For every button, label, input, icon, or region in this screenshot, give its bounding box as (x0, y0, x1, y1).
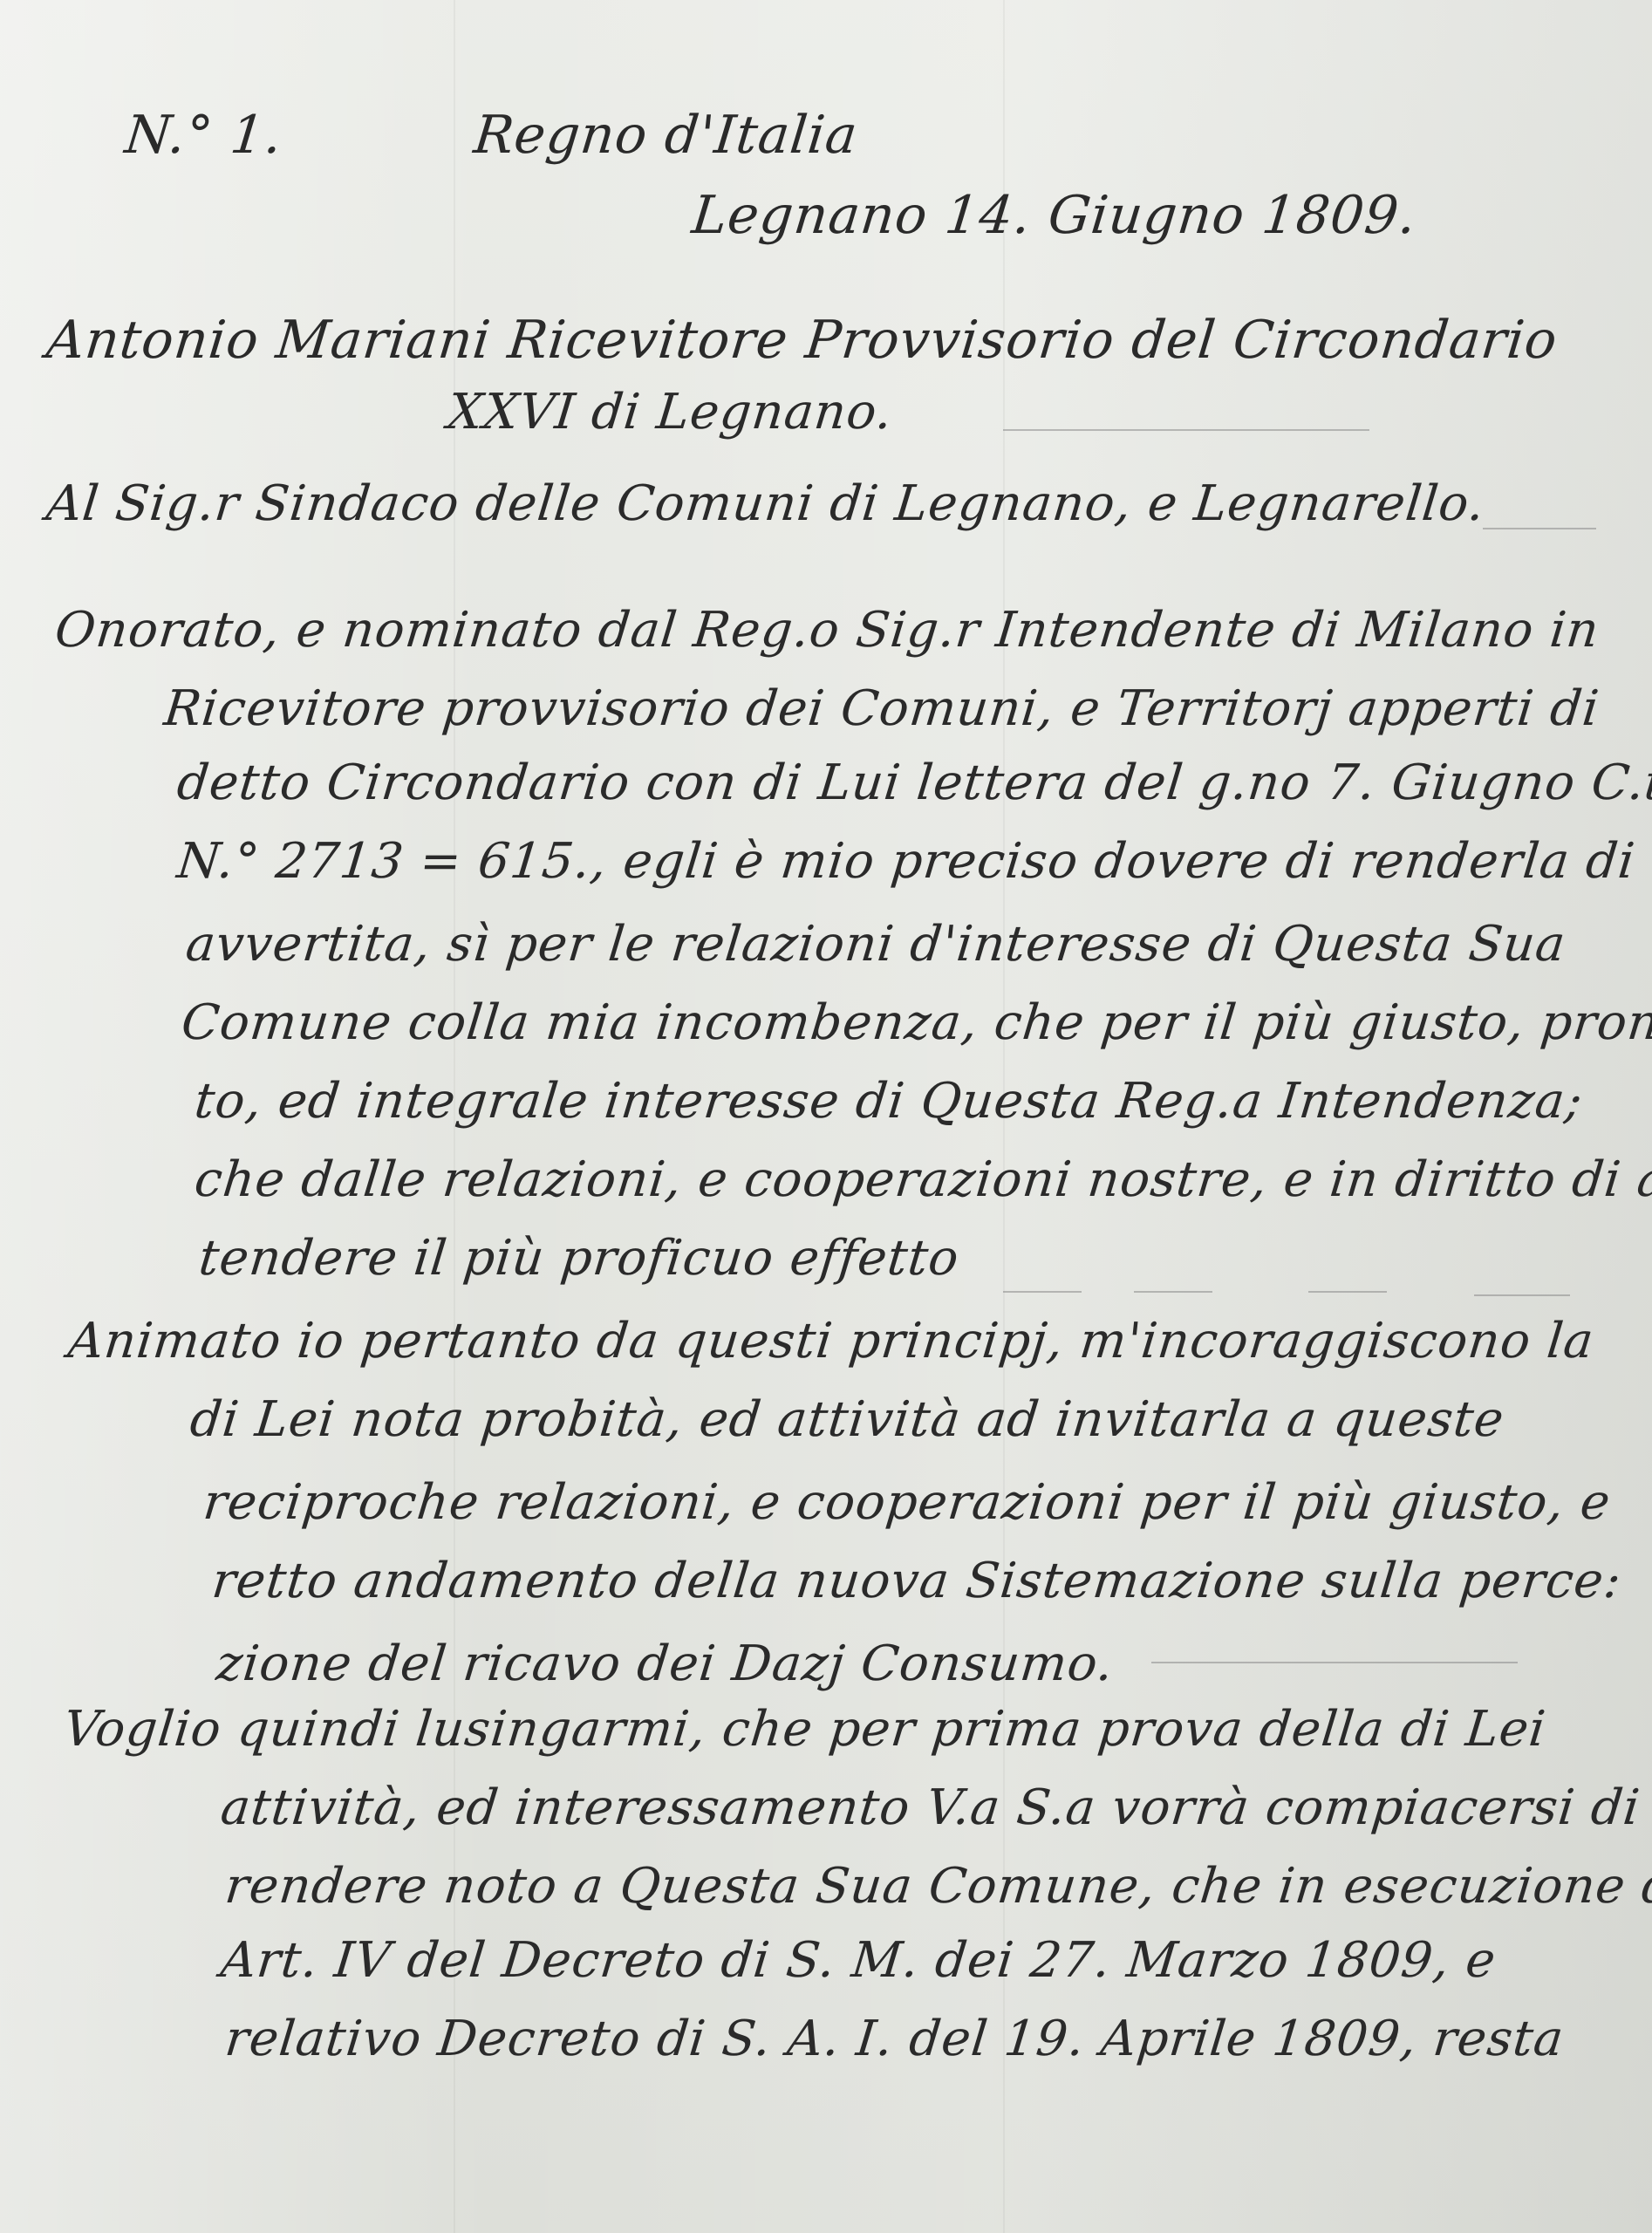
line-filler-dash (1003, 1291, 1082, 1293)
body-line: tendere il più proficuo effetto (196, 1230, 962, 1287)
line-filler-dash (1308, 1291, 1387, 1293)
addressee-line: Al Sig.r Sindaco delle Comuni di Legnano… (44, 475, 1488, 532)
body-line: reciproche relazioni, e cooperazioni per… (201, 1474, 1614, 1531)
body-line: to, ed integrale interesse di Questa Reg… (192, 1073, 1586, 1130)
body-line: Ricevitore provvisorio dei Comuni, e Ter… (161, 680, 1602, 737)
sender-line-2: XXVI di Legnano. (445, 384, 896, 440)
body-line: rendere noto a Questa Sua Comune, che in… (222, 1858, 1652, 1915)
body-line: relativo Decreto di S. A. I. del 19. Apr… (222, 2011, 1567, 2067)
body-line: retto andamento della nuova Sistemazione… (209, 1553, 1624, 1609)
body-line: Art. IV del Decreto di S. M. dei 27. Mar… (218, 1932, 1498, 1989)
body-line: Onorato, e nominato dal Reg.o Sig.r Inte… (52, 602, 1602, 659)
line-filler-dash (1483, 528, 1596, 529)
sender-line-1: Antonio Mariani Ricevitore Provvisorio d… (44, 310, 1560, 371)
line-filler-dash (1003, 429, 1369, 431)
line-filler-dash (1134, 1291, 1212, 1293)
body-line: Voglio quindi lusingarmi, che per prima … (61, 1701, 1548, 1758)
letter-page: N.° 1. Regno d'Italia Legnano 14. Giugno… (0, 0, 1652, 2233)
body-line: detto Circondario con di Lui lettera del… (174, 755, 1652, 811)
line-filler-dash (1151, 1662, 1518, 1663)
body-line: Comune colla mia incombenza, che per il … (179, 994, 1652, 1051)
header-title: Regno d'Italia (471, 105, 861, 166)
body-line: attività, ed interessamento V.a S.a vorr… (218, 1779, 1643, 1836)
body-line: zione del ricavo dei Dazj Consumo. (214, 1635, 1116, 1692)
place-date: Legnano 14. Giugno 1809. (689, 185, 1420, 246)
body-line: avvertita, sì per le relazioni d'interes… (183, 916, 1568, 973)
body-line: N.° 2713 = 615., egli è mio preciso dove… (174, 833, 1652, 890)
document-number: N.° 1. (122, 105, 285, 166)
body-line: Animato io pertanto da questi principj, … (65, 1313, 1597, 1369)
body-line: che dalle relazioni, e cooperazioni nost… (192, 1151, 1652, 1208)
line-filler-dash (1474, 1294, 1570, 1296)
body-line: di Lei nota probità, ed attività ad invi… (188, 1391, 1507, 1448)
